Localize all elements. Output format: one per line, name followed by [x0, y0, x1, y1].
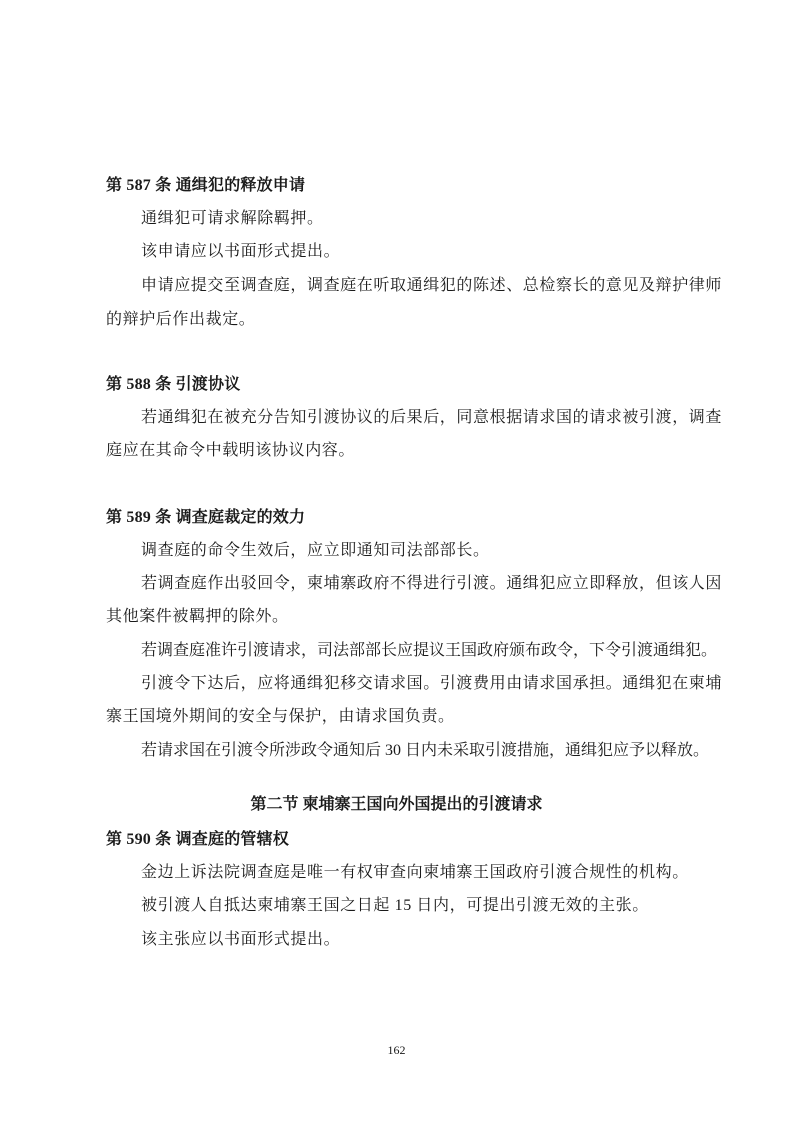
article-589-heading: 第 589 条 调查庭裁定的效力: [106, 508, 696, 528]
article-587-paragraph-3-cont: 的辩护后作出裁定。: [106, 310, 696, 330]
article-590-paragraph-3: 该主张应以书面形式提出。: [141, 930, 731, 950]
article-587-paragraph-2: 该申请应以书面形式提出。: [141, 242, 731, 262]
article-587-paragraph-1: 通缉犯可请求解除羁押。: [141, 209, 731, 229]
article-590-paragraph-1: 金边上诉法院调查庭是唯一有权审查向柬埔寨王国政府引渡合规性的机构。: [141, 863, 731, 883]
article-588-paragraph-1-cont: 庭应在其命令中载明该协议内容。: [106, 441, 696, 461]
document-page: 第 587 条 通缉犯的释放申请 通缉犯可请求解除羁押。 该申请应以书面形式提出…: [0, 0, 793, 1122]
article-590-heading: 第 590 条 调查庭的管辖权: [106, 830, 696, 850]
article-589-paragraph-2: 若调查庭作出驳回令，柬埔寨政府不得进行引渡。通缉犯应立即释放，但该人因: [141, 574, 731, 594]
article-588-paragraph-1: 若通缉犯在被充分告知引渡协议的后果后，同意根据请求国的请求被引渡，调查: [141, 408, 731, 428]
article-589-paragraph-2-cont: 其他案件被羁押的除外。: [106, 607, 696, 627]
section-title: 第二节 柬埔寨王国向外国提出的引渡请求: [0, 795, 793, 815]
article-587-heading: 第 587 条 通缉犯的释放申请: [106, 176, 696, 196]
article-589-paragraph-1: 调查庭的命令生效后，应立即通知司法部部长。: [141, 541, 731, 561]
page-number: 162: [0, 1043, 793, 1057]
article-588-heading: 第 588 条 引渡协议: [106, 375, 696, 395]
article-590-paragraph-2: 被引渡人自抵达柬埔寨王国之日起 15 日内，可提出引渡无效的主张。: [141, 896, 731, 916]
article-589-paragraph-4: 引渡令下达后，应将通缉犯移交请求国。引渡费用由请求国承担。通缉犯在柬埔: [141, 674, 731, 694]
article-589-paragraph-3: 若调查庭准许引渡请求，司法部部长应提议王国政府颁布政令，下令引渡通缉犯。: [141, 641, 731, 661]
article-589-paragraph-5: 若请求国在引渡令所涉政令通知后 30 日内未采取引渡措施，通缉犯应予以释放。: [141, 741, 731, 761]
article-587-paragraph-3: 申请应提交至调查庭，调查庭在听取通缉犯的陈述、总检察长的意见及辩护律师: [141, 276, 731, 296]
article-589-paragraph-4-cont: 寨王国境外期间的安全与保护，由请求国负责。: [106, 707, 696, 727]
